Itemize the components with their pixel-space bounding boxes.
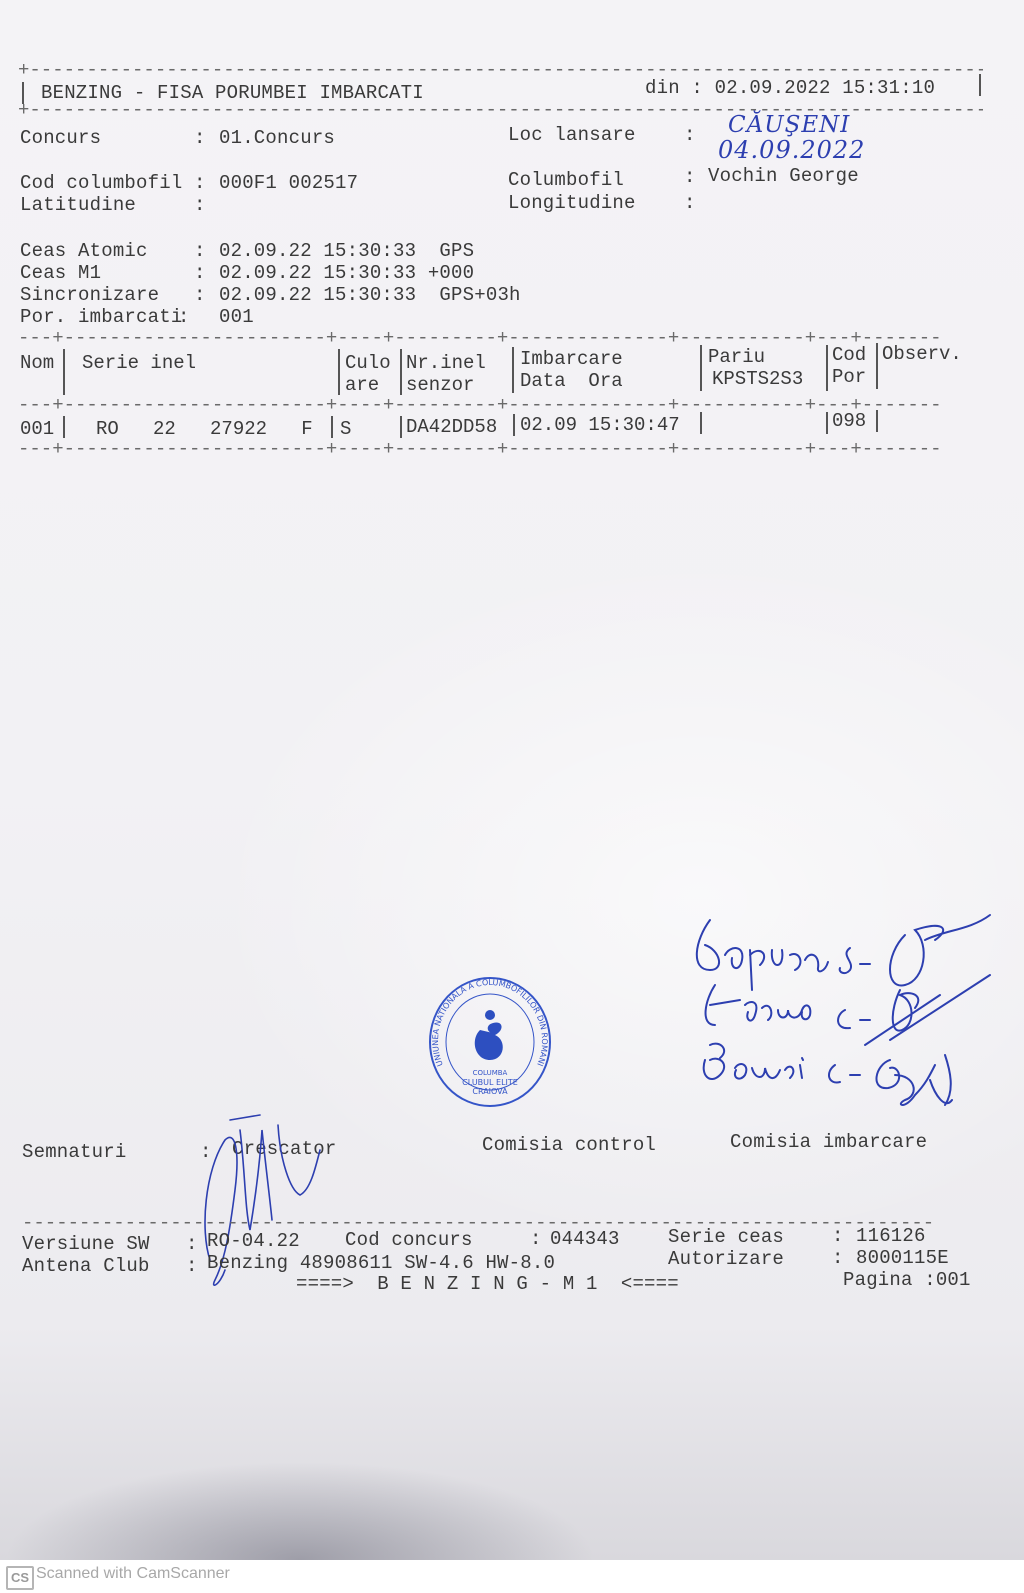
versiune-sw-colon: : [186,1233,198,1255]
concurs-value: 01.Concurs [219,127,335,149]
versiune-sw-value: RO-04.22 [207,1230,300,1252]
columbofil-value: Vochin George [708,165,859,187]
por-imbarcati-label: Por. imbarcati [20,306,182,328]
sincronizare-colon: : [194,284,206,306]
loc-lansare-handwritten: CĂUŞENI [728,112,850,138]
longitudine-colon: : [684,192,696,214]
concurs-label: Concurs [20,127,101,149]
stamp-center-text-1: COLUMBA [473,1069,508,1077]
ceas-atomic-value: 02.09.22 15:30:33 GPS [219,240,474,262]
antena-club-label: Antena Club [22,1255,150,1277]
semnaturi-label: Semnaturi [22,1141,126,1163]
cod-columbofil-value: 000F1 002517 [219,172,358,194]
club-stamp: COLUMBA CLUBUL ELITE CRAIOVA UNIUNEA NAT… [425,975,555,1110]
cod-concurs-label: Cod concurs [345,1229,473,1251]
header-nr-inel-1: Nr.inel [406,352,486,374]
header-culoare-2: are [345,374,379,396]
col-divider [400,349,402,395]
loc-lansare-date-handwritten: 04.09.2022 [718,136,865,164]
ceas-m1-colon: : [194,262,206,284]
cell-nr-inel-senzor: DA42DD58 [406,416,497,438]
col-divider [876,410,878,432]
por-imbarcati-colon: : [178,306,190,328]
serie-ceas-colon: : [832,1225,844,1247]
columbofil-colon: : [684,166,696,188]
sincronizare-value: 02.09.22 15:30:33 GPS+03h [219,284,521,306]
comisia-control-label: Comisia control [482,1134,656,1156]
header-nr-inel-2: senzor [406,374,474,396]
header-observ: Observ. [882,343,962,365]
col-divider [400,416,402,438]
page-number: Pagina :001 [843,1269,971,1291]
col-divider [513,414,515,436]
concurs-colon: : [194,127,217,149]
table-bottom-border: ---+-----------------------+----+-------… [18,438,983,460]
antena-club-colon: : [186,1255,198,1277]
header-cod-por-2: Por [832,366,866,388]
col-divider [63,416,65,438]
antena-club-value: Benzing 48908611 SW-4.6 HW-8.0 [207,1252,555,1274]
cod-concurs-value: 044343 [550,1228,620,1250]
document-date: din : 02.09.2022 15:31:10 [645,77,935,99]
cell-cod-por: 098 [832,410,866,432]
cell-serie-inel: RO 22 27922 F [96,418,313,440]
cell-imbarcare: 02.09 15:30:47 [520,414,680,436]
col-divider [700,412,702,434]
comisia-imbarcare-label: Comisia imbarcare [730,1131,927,1153]
autorizare-label: Autorizare [668,1248,784,1270]
stamp-center-text-3: CRAIOVA [472,1087,508,1096]
latitudine-colon: : [194,194,206,216]
ceas-m1-value: 02.09.22 15:30:33 +000 [219,262,474,284]
col-divider [876,343,878,389]
commission-signatures [690,900,1020,1130]
col-divider [512,347,514,393]
camscanner-watermark-text: Scanned with CamScanner [36,1565,230,1583]
cell-culoare: S [340,418,351,440]
header-imbarcare-1: Imbarcare [520,348,623,370]
header-cod-por-1: Cod [832,344,866,366]
cod-concurs-colon: : [530,1228,542,1250]
sincronizare-label: Sincronizare [20,284,159,306]
longitudine-label: Longitudine [508,192,636,214]
header-pariu-1: Pariu [708,346,765,368]
columbofil-label: Columbofil [508,169,624,191]
loc-lansare-colon: : [684,124,696,146]
col-divider [63,349,65,395]
col-divider [700,345,702,391]
col-divider [331,416,333,438]
scanned-paper: +---------------------------------------… [0,0,1024,1560]
stamp-center-text-2: CLUBUL ELITE [462,1078,518,1087]
camscanner-icon: CS [6,1566,34,1590]
col-divider [826,345,828,391]
header-nom: Nom [20,352,54,374]
cell-nom: 001 [20,418,54,440]
header-right-bar [979,74,981,96]
versiune-sw-label: Versiune SW [22,1233,150,1255]
por-imbarcati-value: 001 [219,306,254,328]
ceas-m1-label: Ceas M1 [20,262,101,284]
autorizare-colon: : [832,1247,844,1269]
col-divider [338,349,340,395]
ceas-atomic-label: Ceas Atomic [20,240,148,262]
latitudine-label: Latitudine [20,194,136,216]
autorizare-value: 8000115E [856,1247,949,1269]
serie-ceas-label: Serie ceas [668,1226,784,1248]
brand-line: ====> B E N Z I N G - M 1 <==== [296,1273,679,1295]
serie-ceas-value: 116126 [856,1225,926,1247]
cod-columbofil-colon: : [194,172,217,194]
header-pariu-2: KPSTS2S3 [712,368,803,390]
header-culoare-1: Culo [345,352,391,374]
loc-lansare-label: Loc lansare [508,124,636,146]
col-divider [826,412,828,434]
cod-columbofil-label: Cod columbofil [20,172,182,194]
header-imbarcare-2: Data Ora [520,370,623,392]
header-serie-inel: Serie inel [82,352,196,374]
ceas-atomic-colon: : [194,240,206,262]
